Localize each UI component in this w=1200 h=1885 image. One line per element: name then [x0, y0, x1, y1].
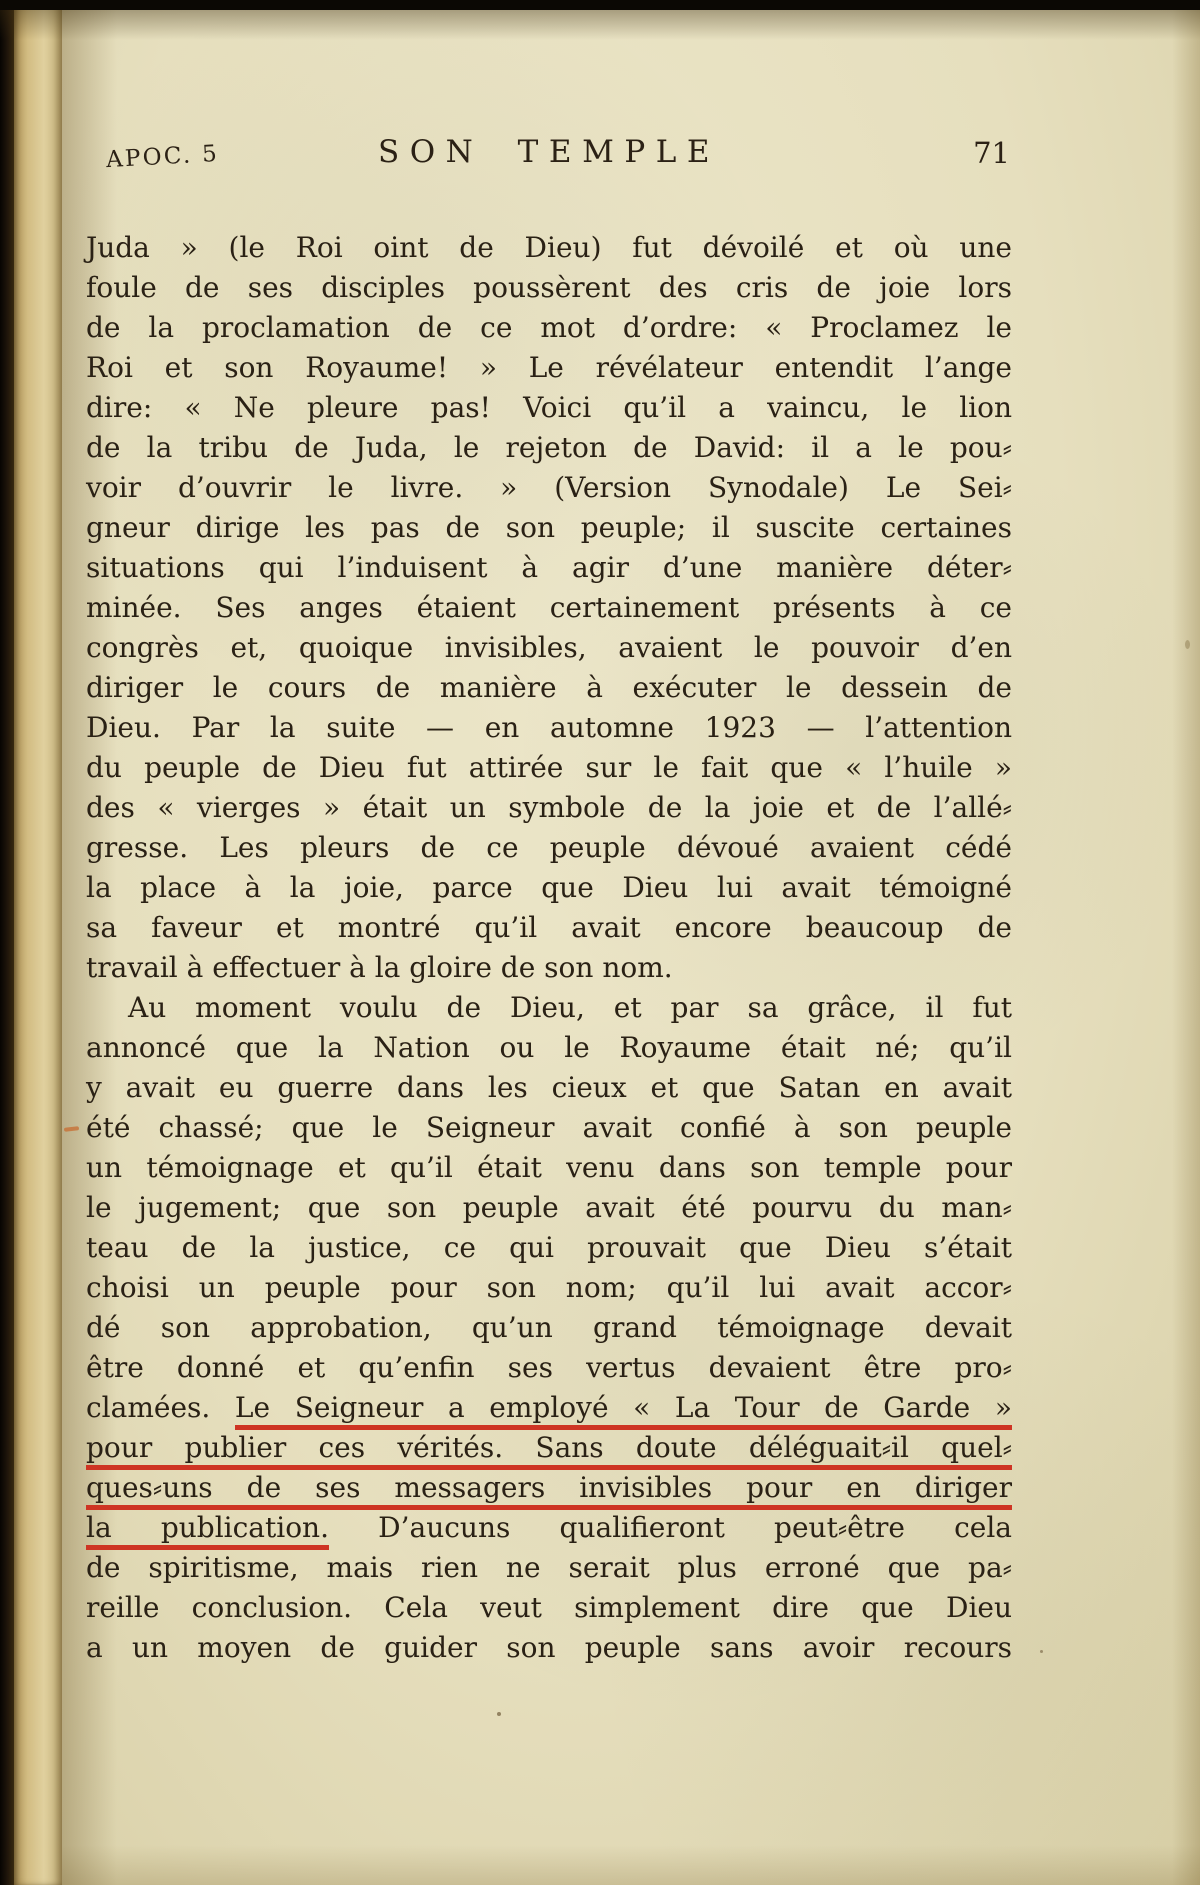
text-line: être donné et qu’enfin ses vertus devaie… [86, 1348, 1012, 1388]
text-segment: voir d’ouvrir le livre. » (Version Synod… [86, 471, 1012, 504]
text-segment: des « vierges » était un symbole de la j… [86, 791, 1012, 824]
text-segment: gresse. Les pleurs de ce peuple dévoué a… [86, 831, 1012, 864]
text-segment: teau de la justice, ce qui prouvait que … [86, 1231, 1012, 1264]
text-line: reille conclusion. Cela veut simplement … [86, 1588, 1012, 1628]
paper-speck [497, 1712, 501, 1716]
text-segment: clamées. [86, 1391, 235, 1424]
text-line: du peuple de Dieu fut attirée sur le fai… [86, 748, 1012, 788]
text-segment: Au moment voulu de Dieu, et par sa grâce… [128, 991, 1012, 1024]
text-line: a un moyen de guider son peuple sans avo… [86, 1628, 1012, 1668]
text-line: y avait eu guerre dans les cieux et que … [86, 1068, 1012, 1108]
text-line: diriger le cours de manière à exécuter l… [86, 668, 1012, 708]
text-line: annoncé que la Nation ou le Royaume étai… [86, 1028, 1012, 1068]
text-segment: du peuple de Dieu fut attirée sur le fai… [86, 751, 1012, 784]
text-line: choisi un peuple pour son nom; qu’il lui… [86, 1268, 1012, 1308]
text-line: foule de ses disciples poussèrent des cr… [86, 268, 1012, 308]
text-segment: de spiritisme, mais rien ne serait plus … [86, 1551, 1012, 1584]
text-segment: la place à la joie, parce que Dieu lui a… [86, 871, 1012, 904]
text-segment: gneur dirige les pas de son peuple; il s… [86, 511, 1012, 544]
text-line: clamées. Le Seigneur a employé « La Tour… [86, 1388, 1012, 1428]
text-line: pour publier ces vérités. Sans doute dél… [86, 1428, 1012, 1468]
text-segment: annoncé que la Nation ou le Royaume étai… [86, 1031, 1012, 1064]
paper-speck [1040, 1650, 1043, 1653]
text-line: teau de la justice, ce qui prouvait que … [86, 1228, 1012, 1268]
text-segment: dire: « Ne pleure pas! Voici qu’il a vai… [86, 391, 1012, 424]
text-line: sa faveur et montré qu’il avait encore b… [86, 908, 1012, 948]
text-line: dire: « Ne pleure pas! Voici qu’il a vai… [86, 388, 1012, 428]
text-segment: dé son approbation, qu’un grand témoigna… [86, 1311, 1012, 1344]
text-line: été chassé; que le Seigneur avait confié… [86, 1108, 1012, 1148]
text-line: dé son approbation, qu’un grand témoigna… [86, 1308, 1012, 1348]
text-line: gresse. Les pleurs de ce peuple dévoué a… [86, 828, 1012, 868]
red-underlined-text: pour publier ces vérités. Sans doute dél… [86, 1431, 1012, 1470]
text-segment: été chassé; que le Seigneur avait confié… [86, 1111, 1012, 1144]
text-line: voir d’ouvrir le livre. » (Version Synod… [86, 468, 1012, 508]
text-segment: Roi et son Royaume! » Le révélateur ente… [86, 351, 1012, 384]
text-segment: sa faveur et montré qu’il avait encore b… [86, 911, 1012, 944]
text-segment: y avait eu guerre dans les cieux et que … [86, 1071, 1012, 1104]
red-underlined-text: Le Seigneur a employé « La Tour de Garde… [235, 1391, 1012, 1430]
page-header: APOC. 5 SON TEMPLE 71 [86, 128, 1012, 180]
text-segment: minée. Ses anges étaient certainement pr… [86, 591, 1012, 624]
red-underlined-text: la publication. [86, 1511, 329, 1550]
text-segment: travail à effectuer à la gloire de son n… [86, 951, 673, 984]
text-segment: congrès et, quoique invisibles, avaient … [86, 631, 1012, 664]
text-segment: choisi un peuple pour son nom; qu’il lui… [86, 1271, 1012, 1304]
text-line: ques⸗uns de ses messagers invisibles pou… [86, 1468, 1012, 1508]
text-line: la place à la joie, parce que Dieu lui a… [86, 868, 1012, 908]
top-edge-shadow [0, 0, 1200, 10]
text-line: situations qui l’induisent à agir d’une … [86, 548, 1012, 588]
text-segment: être donné et qu’enfin ses vertus devaie… [86, 1351, 1012, 1384]
text-line: Dieu. Par la suite — en automne 1923 — l… [86, 708, 1012, 748]
text-segment: D’aucuns qualifieront peut⸗être cela [329, 1511, 1012, 1544]
book-spine-edge [0, 0, 14, 1885]
top-edge-gradient [0, 10, 1200, 40]
text-segment: de la proclamation de ce mot d’ordre: « … [86, 311, 1012, 344]
text-line: travail à effectuer à la gloire de son n… [86, 948, 1012, 988]
text-line: de spiritisme, mais rien ne serait plus … [86, 1548, 1012, 1588]
paper-speck [1185, 640, 1190, 649]
body-text: Juda » (le Roi oint de Dieu) fut dévoilé… [86, 228, 1012, 1668]
text-line: Juda » (le Roi oint de Dieu) fut dévoilé… [86, 228, 1012, 268]
text-line: des « vierges » était un symbole de la j… [86, 788, 1012, 828]
text-segment: foule de ses disciples poussèrent des cr… [86, 271, 1012, 304]
text-segment: de la tribu de Juda, le rejeton de David… [86, 431, 1012, 464]
text-segment: Dieu. Par la suite — en automne 1923 — l… [86, 711, 1012, 744]
text-line: un témoignage et qu’il était venu dans s… [86, 1148, 1012, 1188]
text-segment: diriger le cours de manière à exécuter l… [86, 671, 1012, 704]
text-segment: un témoignage et qu’il était venu dans s… [86, 1151, 1012, 1184]
text-segment: situations qui l’induisent à agir d’une … [86, 551, 1012, 584]
running-head-title: SON TEMPLE [86, 134, 1012, 170]
text-segment: le jugement; que son peuple avait été po… [86, 1191, 1012, 1224]
text-segment: reille conclusion. Cela veut simplement … [86, 1591, 1012, 1624]
text-segment: a un moyen de guider son peuple sans avo… [86, 1631, 1012, 1664]
page-stack-edge [14, 0, 62, 1885]
text-line: de la tribu de Juda, le rejeton de David… [86, 428, 1012, 468]
text-line: congrès et, quoique invisibles, avaient … [86, 628, 1012, 668]
text-line: minée. Ses anges étaient certainement pr… [86, 588, 1012, 628]
text-line: la publication. D’aucuns qualifieront pe… [86, 1508, 1012, 1548]
text-line: le jugement; que son peuple avait été po… [86, 1188, 1012, 1228]
page-number: 71 [973, 136, 1010, 170]
text-line: Au moment voulu de Dieu, et par sa grâce… [86, 988, 1012, 1028]
text-line: gneur dirige les pas de son peuple; il s… [86, 508, 1012, 548]
text-line: Roi et son Royaume! » Le révélateur ente… [86, 348, 1012, 388]
red-underlined-text: ques⸗uns de ses messagers invisibles pou… [86, 1471, 1012, 1510]
text-line: de la proclamation de ce mot d’ordre: « … [86, 308, 1012, 348]
text-segment: Juda » (le Roi oint de Dieu) fut dévoilé… [86, 231, 1012, 264]
